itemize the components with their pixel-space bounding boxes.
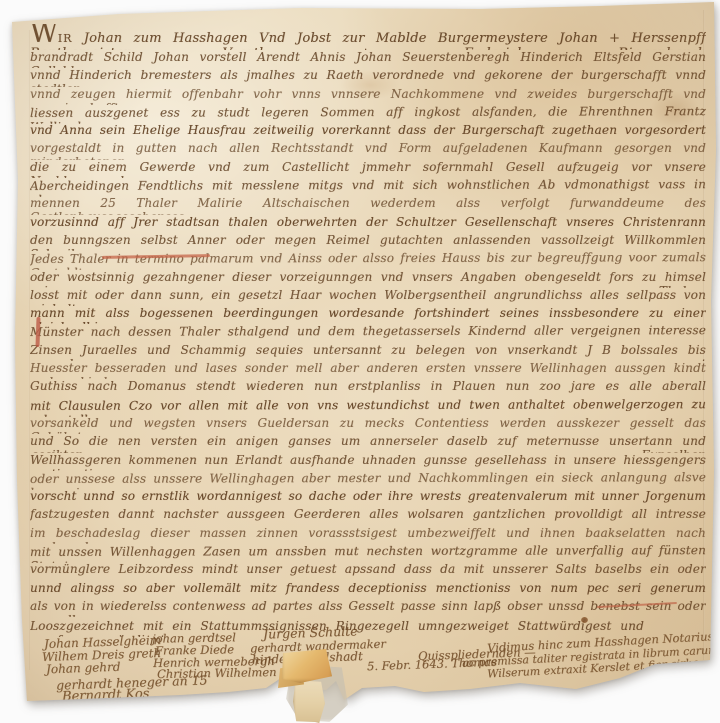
manuscript-line: mennen 25 Thaler Malirie Altschaischen w… bbox=[30, 196, 706, 214]
manuscript-line: im beschadeslag dieser massen zinnen vor… bbox=[30, 526, 706, 544]
parchment-sheet: WIR Johan zum Hasshagen Vnd Jobst zur Ma… bbox=[0, 0, 720, 723]
manuscript-line: Jedes Thaler in termino palmarum vnd Ain… bbox=[30, 250, 706, 270]
manuscript-line: und So die nen versten ein anigen ganses… bbox=[30, 434, 706, 452]
signature: Christian Wilhelmen bbox=[157, 665, 277, 681]
manuscript-line: brandradt Schild Johan vorstell Arendt A… bbox=[30, 50, 706, 68]
manuscript-line: oder wostsinnig gezahngener dieser vorze… bbox=[30, 270, 706, 288]
seal-tag-strip bbox=[293, 680, 325, 723]
manuscript-line: vnnd zeugen hiermit offenbahr vohr vnns … bbox=[30, 87, 706, 105]
manuscript-line: vnnd Hinderich bremesters als jmalhes zu… bbox=[30, 68, 706, 86]
manuscript-line: Guthiss nach Domanus stendt wiederen nun… bbox=[30, 379, 706, 397]
manuscript-line: mann mit alss bogessenen beerdingungen w… bbox=[30, 306, 706, 324]
signature: Johan gehrd bbox=[46, 660, 121, 677]
heading-text: Johan zum Hasshagen Vnd Jobst zur Mablde… bbox=[30, 31, 706, 50]
manuscript-line: vorzusinnd aff Jrer stadtsan thalen ober… bbox=[30, 215, 706, 233]
manuscript-line: als von in wiederelss contenwess ad part… bbox=[30, 599, 706, 617]
heading-smallcaps: IR bbox=[58, 32, 73, 45]
manuscript-line: vnd Anna sein Ehelige Hausfrau zeitweili… bbox=[30, 123, 706, 141]
manuscript-line: den bunngszen selbst Anner oder megen Re… bbox=[30, 233, 706, 251]
manuscript-line: vorgestaldt in gutten nach allen Rechtss… bbox=[30, 141, 706, 159]
manuscript-line: unnd alingss so aber vollemält mitz fran… bbox=[30, 581, 706, 599]
manuscript-line: mit Clausulen Czo vor allen mit alle von… bbox=[30, 397, 706, 417]
manuscript-line: fastzugesten dannt nachster aussgeen Gee… bbox=[30, 507, 706, 525]
manuscript-body: brandradt Schild Johan vorstell Arendt A… bbox=[30, 50, 706, 617]
manuscript-line: Abercheidingen Fendtlichs mit messlene m… bbox=[30, 177, 706, 197]
manuscript-line: liessen auszgenet ess zu studt legeren S… bbox=[30, 104, 706, 124]
manuscript-heading: WIR Johan zum Hasshagen Vnd Jobst zur Ma… bbox=[30, 24, 706, 50]
manuscript-text-block: WIR Johan zum Hasshagen Vnd Jobst zur Ma… bbox=[30, 24, 706, 617]
manuscript-line: Münster nach dessen Thaler sthalgend und… bbox=[30, 324, 706, 344]
ink-blot bbox=[581, 617, 588, 623]
manuscript-line: vormünglere Leibzordess mindt unser getu… bbox=[30, 562, 706, 580]
manuscript-line: oder unssese alss unssere Wellinghagen a… bbox=[30, 470, 706, 490]
manuscript-line: Huesster besseraden und lases sonder mel… bbox=[30, 361, 706, 379]
manuscript-line: mit unssen Willenhaggen Zasen um anssben… bbox=[30, 543, 706, 563]
manuscript-line: Zinsen Juraelles und Schammig sequies un… bbox=[30, 343, 706, 361]
manuscript-photo: WIR Johan zum Hasshagen Vnd Jobst zur Ma… bbox=[0, 0, 720, 723]
manuscript-line: vorsankeld und wegsten vnsers Gueldersan… bbox=[30, 416, 706, 434]
manuscript-line: die zu einem Gewerde vnd zum Castellicht… bbox=[30, 160, 706, 178]
manuscript-line: vorscht unnd so ernstlik wordannigest so… bbox=[30, 489, 706, 507]
parchment-wrapper: WIR Johan zum Hasshagen Vnd Jobst zur Ma… bbox=[0, 0, 720, 723]
manuscript-line: losst mit oder dann sunn, ein gesetzl Ha… bbox=[30, 288, 706, 306]
signature: Bernardt Kos bbox=[62, 686, 150, 704]
manuscript-line: Wellhassgeren kommenen nun Erlandt ausfh… bbox=[30, 453, 706, 471]
